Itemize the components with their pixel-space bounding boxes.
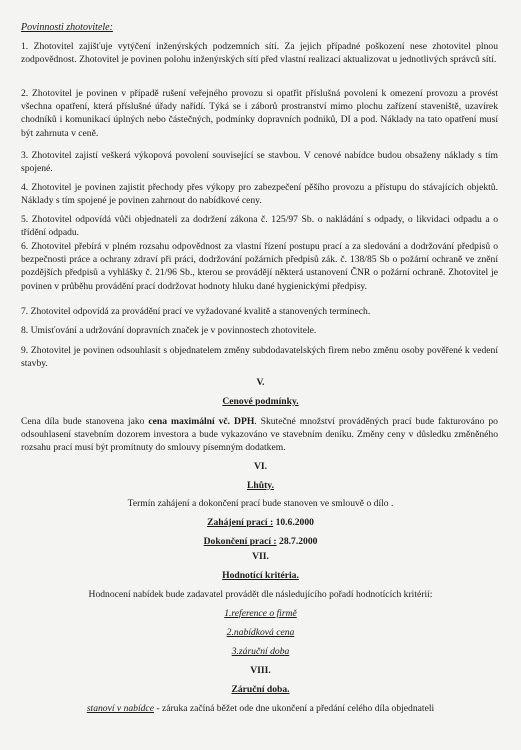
price-text-bold: cena maximální vč. DPH <box>148 416 254 427</box>
section-6-title: Lhůty. <box>0 479 521 492</box>
end-date-label: Dokončení prací : <box>204 536 277 547</box>
duty-item-6: 6. Zhotovitel přebírá v plném rozsahu od… <box>21 240 498 293</box>
end-date-line: Dokončení prací : 28.7.2000 <box>0 535 521 548</box>
duty-item-4: 4. Zhotovitel je povinen zajistit přecho… <box>21 181 498 207</box>
section-8-title: Záruční doba. <box>0 683 521 696</box>
duty-item-5: 5. Zhotovitel odpovídá vůči objednateli … <box>21 213 498 239</box>
section-5-text: Cena díla bude stanovena jako cena maxim… <box>21 415 498 455</box>
section-6-number: VI. <box>0 460 521 473</box>
end-date-value: 28.7.2000 <box>279 536 317 547</box>
warranty-lead: stanoví v nabídce <box>87 703 154 714</box>
criterion-2: 2.nabídková cena <box>0 626 521 639</box>
section-5-title: Cenové podmínky. <box>0 395 521 408</box>
duty-item-1: 1. Zhotovitel zajišťuje vytýčení inženýr… <box>21 40 498 66</box>
section-8-text: stanoví v nabídce - záruka začíná běžet … <box>0 702 521 715</box>
start-date-line: Zahájení prací : 10.6.2000 <box>0 516 521 529</box>
criterion-3: 3.záruční doba <box>0 645 521 658</box>
duty-item-7: 7. Zhotovitel odpovídá za provádění prac… <box>21 305 498 318</box>
document-page: Povinnosti zhotovitele: 1. Zhotovitel za… <box>0 0 521 750</box>
start-date-value: 10.6.2000 <box>276 517 314 528</box>
duty-item-3: 3. Zhotovitel zajistí veškerá výkopová p… <box>21 149 498 175</box>
section-7-number: VII. <box>0 550 521 563</box>
section-8-number: VIII. <box>0 664 521 677</box>
warranty-text: - záruka začíná běžet ode dne ukončení a… <box>154 703 434 714</box>
section-5-number: V. <box>0 376 521 389</box>
duty-item-8: 8. Umisťování a udržování dopravních zna… <box>21 324 498 337</box>
duty-item-9: 9. Zhotovitel je povinen odsouhlasit s o… <box>21 344 498 370</box>
criterion-1: 1.reference o firmě <box>0 607 521 620</box>
heading-contractor-duties: Povinnosti zhotovitele: <box>21 21 498 34</box>
section-6-text: Termín zahájení a dokončení prací bude s… <box>0 497 521 510</box>
duty-item-2: 2. Zhotovitel je povinen v případě rušen… <box>21 87 498 140</box>
section-7-title: Hodnotící kritéria. <box>0 569 521 582</box>
section-7-text: Hodnocení nabídek bude zadavatel provádě… <box>0 588 521 601</box>
start-date-label: Zahájení prací : <box>207 517 273 528</box>
price-text-start: Cena díla bude stanovena jako <box>21 416 148 427</box>
